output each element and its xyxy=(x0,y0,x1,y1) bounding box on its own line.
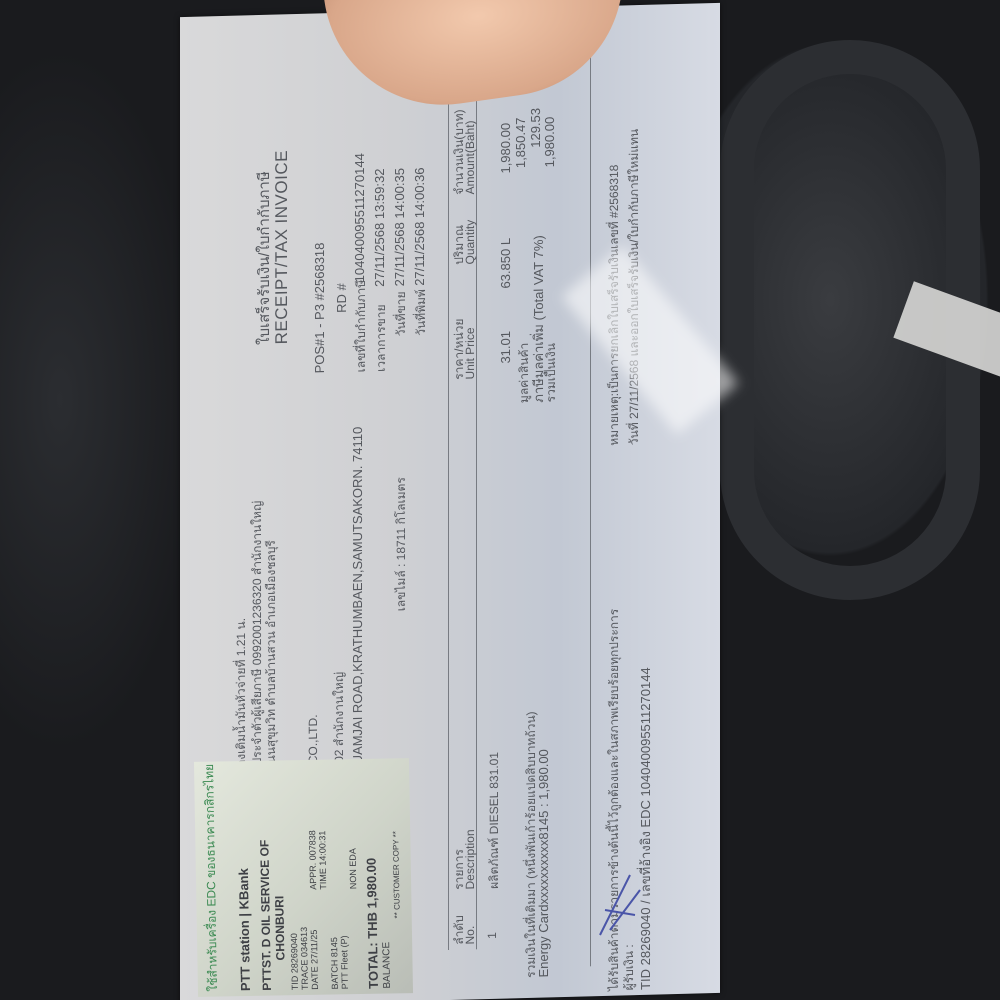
tax-invoice-label: เลขที่ใบกำกับภาษี xyxy=(352,280,371,373)
summary-value: 1,980.00 xyxy=(542,117,557,168)
table-header-rule xyxy=(476,89,477,949)
signature-scribble xyxy=(590,870,650,940)
row-no: 1 xyxy=(485,932,499,939)
row-quantity: 63.850 L xyxy=(498,238,513,289)
card-payment-slip: ใช้สำหรับเครื่อง EDC ของธนาคารกสิกรไทย P… xyxy=(194,758,413,997)
summary-value: 129.53 xyxy=(528,108,543,148)
rd-label: RD # xyxy=(334,283,349,313)
table-top-rule xyxy=(448,90,449,950)
slip-total: TOTAL: THB 1,980.00 xyxy=(364,858,381,989)
slip-line: PTT Fleet (P) xyxy=(339,935,350,989)
sale-date-label: วันที่ขาย xyxy=(392,291,411,336)
col-desc-en: Description xyxy=(463,829,477,889)
header-line: ถ. ถนนสุขุมวิท ตำบลบ้านสวน อำเภอเมืองชลบ… xyxy=(262,540,281,785)
receipt-title-en: RECEIPT/TAX INVOICE xyxy=(272,150,292,345)
slip-line: NON EDA xyxy=(347,848,358,889)
col-amount-en: Amount(Baht) xyxy=(463,120,477,194)
slip-green-header: ใช้สำหรับเครื่อง EDC ของธนาคารกสิกรไทย xyxy=(200,764,223,992)
summary-label: รวมเป็นเงิน xyxy=(542,343,561,403)
slip-city: CHONBURI xyxy=(272,896,287,961)
row-amount: 1,980.00 xyxy=(498,123,513,174)
row-description: ผลิตภัณฑ์ DIESEL 831.01 xyxy=(485,752,504,889)
tid-line: TID 28269040 / เลขที่อ้างอิง EDC 1040400… xyxy=(635,667,656,990)
col-qty-en: Quantity xyxy=(463,220,477,265)
slip-line: DATE 27/11/25 xyxy=(309,930,320,990)
sale-time: 27/11/2568 13:59:32 xyxy=(372,168,387,287)
row-unit-price: 31.01 xyxy=(498,331,513,364)
slip-line: TIME 14:00:31 xyxy=(317,831,328,890)
slip-footer: ** CUSTOMER COPY ** xyxy=(391,831,402,918)
footer-rule xyxy=(590,46,591,966)
tax-invoice-no: 104040095511270144 xyxy=(352,153,367,283)
sale-time-label: เวลาการขาย xyxy=(372,304,391,372)
payment-line-en: Energy Cardxxxxxxxxxx8145 : 1,980.00 xyxy=(536,749,551,978)
slip-balance: BALANCE xyxy=(381,942,393,989)
print-date: 27/11/2568 14:00:36 xyxy=(412,167,427,286)
col-unitprice-en: Unit Price xyxy=(463,327,477,379)
header-address: SRUAMJAI ROAD,KRATHUMBAEN,SAMUTSAKORN. 7… xyxy=(350,427,365,783)
slip-brand: PTT station | KBank xyxy=(236,868,253,991)
col-no-en: No. xyxy=(463,926,477,945)
pos-number: POS#1 - P3 #2568318 xyxy=(312,242,327,373)
sale-date: 27/11/2568 14:00:35 xyxy=(392,168,407,287)
summary-value: 1,850.47 xyxy=(513,117,528,168)
mileage: เลขไมล์ : 18711 กิโลเมตร xyxy=(392,477,411,612)
slip-merchant: PTTST. D OIL SERVICE OF xyxy=(257,840,274,991)
print-date-label: วันที่พิมพ์ xyxy=(412,289,431,336)
